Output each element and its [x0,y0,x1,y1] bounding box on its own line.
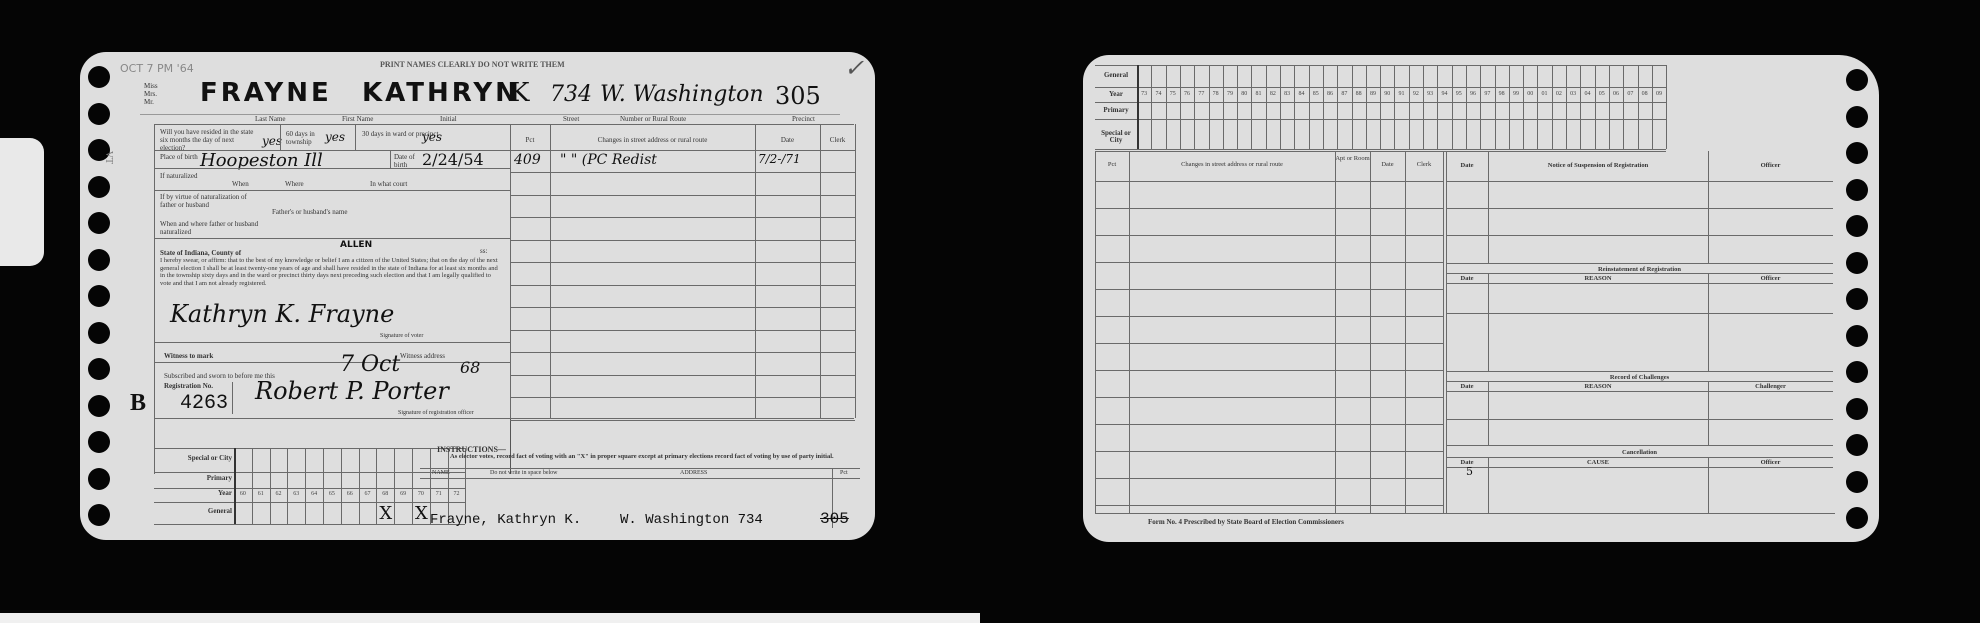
label-registration-no: Registration No. [164,382,213,391]
punch-hole [1846,288,1868,310]
street-value: W. Washington [600,82,764,107]
punch-hole [88,249,110,271]
section-header: Date [1446,382,1488,391]
typed-pct: 305 [820,510,849,528]
punch-hole [88,468,110,490]
grid-year: 09 [1652,91,1666,97]
grid-year: 96 [1466,91,1480,97]
cancellation-date-mark: 5 [1466,465,1473,478]
section-title: Cancellation [1446,448,1833,457]
label-witness-address: Witness address [400,352,445,361]
grid-year: 99 [1509,91,1523,97]
grid-year: 78 [1209,91,1223,97]
label-court: In what court [370,180,407,189]
street-number-value: 734 [550,82,592,107]
changes-header: Changes in street address or rural route [1129,161,1335,168]
grid-year: 84 [1294,91,1308,97]
label-last-name: Last Name [255,115,286,124]
label-where: Where [285,180,304,189]
first-name-value: KATHRYN [362,78,520,108]
question-six-months: Will you have resided in the state six m… [160,128,260,152]
received-stamp: OCT 7 PM '64 [120,62,194,75]
typed-name: Frayne, Kathryn K. [430,512,581,528]
punch-hole [1846,106,1868,128]
punch-hole [88,176,110,198]
punch-hole [88,322,110,344]
grid-row-label: Special or City [154,455,234,462]
grid-year: 08 [1638,91,1652,97]
grid-year: 66 [341,491,359,497]
grid-year: 69 [394,491,412,497]
grid-year: 64 [305,491,323,497]
punch-hole [88,212,110,234]
label-officer-signature: Signature of registration officer [398,409,474,418]
grid-year: 77 [1194,91,1208,97]
punch-hole [88,285,110,307]
grid-year: 74 [1151,91,1165,97]
precinct-value: 305 [775,82,821,110]
footer-header-address: ADDRESS [680,469,707,478]
label-father-name: Father's or husband's name [272,208,347,217]
punch-hole [1846,361,1868,383]
grid-year: 76 [1180,91,1194,97]
label-voter-signature: Signature of voter [380,332,423,341]
grid-year: 01 [1537,91,1551,97]
punch-hole [88,395,110,417]
label-street: Street [563,115,579,124]
footer-header-name: NAME [432,469,450,478]
punch-hole [88,103,110,125]
grid-year: 00 [1523,91,1537,97]
header-instruction: PRINT NAMES CLEARLY DO NOT WRITE THEM [380,60,565,69]
punch-hole [1846,471,1868,493]
changes-header: Apt or Room [1335,155,1370,162]
punch-hole [1846,507,1868,529]
section-header: Officer [1708,458,1833,467]
punch-hole [88,358,110,380]
grid-year: 70 [412,491,430,497]
section-header: REASON [1488,382,1708,391]
changes-address: " " (PC Redist [560,152,657,168]
grid-year: 88 [1352,91,1366,97]
label-dob: Date of birth [394,153,424,169]
changes-header: Date [755,136,820,145]
label-father-naturalization: If by virtue of naturalization of father… [160,193,250,209]
label-first-name: First Name [342,115,373,124]
section-header: Officer [1708,274,1833,283]
punch-hole [88,66,110,88]
grid-year: 62 [270,491,288,497]
footer-header-note: Do not write in space below [490,469,557,478]
punch-hole [1846,434,1868,456]
grid-year: 95 [1452,91,1466,97]
typed-address: W. Washington 734 [620,512,763,528]
section-header: Date [1446,161,1488,170]
grid-year: 81 [1251,91,1265,97]
grid-row-label: Special or City [1095,130,1137,144]
grid-year: 71 [430,491,448,497]
general-vote-mark: X [379,503,392,524]
grid-row-label: Year [1095,91,1137,98]
punch-hole [1846,215,1868,237]
answer-thirty-days: yes [422,130,442,144]
section-header: Date [1446,274,1488,283]
grid-year: 03 [1566,91,1580,97]
punch-hole [1846,252,1868,274]
grid-year: 82 [1266,91,1280,97]
dob-value: 2/24/54 [422,150,484,169]
subscribed-date: 7 Oct [340,352,400,377]
grid-year: 60 [234,491,252,497]
grid-year: 83 [1280,91,1294,97]
series-letter: B [130,390,146,417]
changes-header: Clerk [1405,161,1443,168]
changes-header: Pct [1095,161,1129,168]
grid-row-label: Primary [154,475,234,482]
label-when: When [232,180,249,189]
label-witness: Witness to mark [164,352,213,361]
label-naturalized: If naturalized [160,172,200,181]
grid-year: 72 [448,491,466,497]
section-header: CAUSE [1488,458,1708,467]
registration-no-value: 4263 [180,392,228,415]
grid-year: 87 [1337,91,1351,97]
punch-hole [88,504,110,526]
label-father-when: When and where father or husband natural… [160,220,270,236]
film-edge-strip [0,613,980,623]
officer-signature: Robert P. Porter [255,377,449,405]
grid-year: 98 [1495,91,1509,97]
changes-date: 7/2-/71 [758,152,801,166]
changes-header: Date [1370,161,1405,168]
county-value: ALLEN [340,240,372,250]
grid-year: 73 [1137,91,1151,97]
label-initial: Initial [440,115,457,124]
grid-row-label: General [154,508,234,515]
changes-header: Changes in street address or rural route [550,136,755,145]
grid-year: 63 [287,491,305,497]
section-header: REASON [1488,274,1708,283]
punch-hole [1846,142,1868,164]
grid-year: 06 [1609,91,1623,97]
answer-sixty-days: yes [325,130,345,144]
label-birthplace: Place of birth [160,153,200,161]
label-number: Number or Rural Route [620,115,686,124]
changes-header: Pct [510,136,550,145]
footer-header-pct: Pct [840,469,848,478]
grid-row-label: Year [154,490,234,497]
grid-year: 86 [1323,91,1337,97]
oath-text: I hereby swear, or affirm: that to the b… [160,257,500,287]
check-mark: ✓ [844,54,864,82]
grid-year: 93 [1423,91,1437,97]
grid-year: 68 [376,491,394,497]
grid-year: 61 [252,491,270,497]
grid-year: 05 [1595,91,1609,97]
margin-note: VT [103,151,114,164]
county-suffix: ss: [480,247,487,256]
registration-card-front: OCT 7 PM '64 PRINT NAMES CLEARLY DO NOT … [80,52,875,540]
grid-year: 90 [1380,91,1394,97]
punch-hole [88,431,110,453]
prefix-labels: Miss Mrs. Mr. [144,82,158,106]
punch-hole [1846,398,1868,420]
last-name-value: FRAYNE [200,78,332,108]
grid-year: 80 [1237,91,1251,97]
punch-hole [1846,325,1868,347]
grid-row-label: General [1095,72,1137,79]
grid-year: 94 [1437,91,1451,97]
film-edge-glare [0,138,44,266]
label-precinct: Precinct [792,115,815,124]
section-header: Officer [1708,161,1833,170]
grid-year: 67 [359,491,377,497]
grid-year: 07 [1623,91,1637,97]
grid-year: 02 [1552,91,1566,97]
grid-year: 65 [323,491,341,497]
changes-pct: 409 [514,152,541,168]
form-footer: Form No. 4 Prescribed by State Board of … [1148,518,1344,526]
instructions-text: As elector votes, record fact of voting … [450,453,860,460]
punch-hole [1846,179,1868,201]
grid-year: 75 [1166,91,1180,97]
grid-row-label: Primary [1095,107,1137,114]
grid-year: 97 [1480,91,1494,97]
grid-year: 89 [1366,91,1380,97]
subscribed-year: 68 [460,358,480,377]
general-vote-mark: X [415,503,428,524]
changes-header: Clerk [820,136,855,145]
grid-year: 92 [1409,91,1423,97]
section-header: Notice of Suspension of Registration [1488,161,1708,170]
grid-year: 91 [1394,91,1408,97]
initial-value: K [510,78,529,108]
grid-year: 04 [1580,91,1594,97]
grid-year: 79 [1223,91,1237,97]
voter-signature: Kathryn K. Frayne [170,300,394,328]
grid-year: 85 [1309,91,1323,97]
punch-hole [1846,69,1868,91]
section-header: Challenger [1708,382,1833,391]
registration-card-back: GeneralYearPrimarySpecial or City7374757… [1083,55,1879,542]
